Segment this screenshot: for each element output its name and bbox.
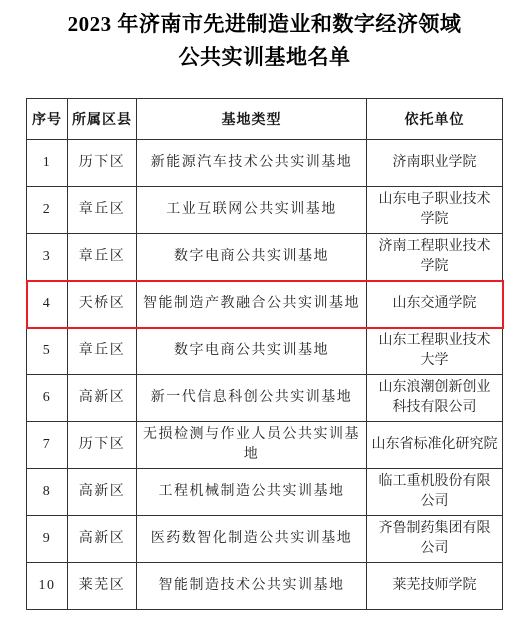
cell-no: 8 [27, 469, 68, 516]
cell-unit: 山东工程职业技术 大学 [367, 328, 503, 375]
cell-base: 新能源汽车技术公共实训基地 [137, 140, 367, 187]
cell-unit: 济南职业学院 [367, 140, 503, 187]
cell-base: 智能制造产教融合公共实训基地 [137, 281, 367, 328]
cell-no: 3 [27, 234, 68, 281]
cell-base: 数字电商公共实训基地 [137, 328, 367, 375]
table-row: 3章丘区数字电商公共实训基地济南工程职业技术 学院 [27, 234, 503, 281]
header-supporting-unit: 依托单位 [367, 99, 503, 140]
table-row: 6高新区新一代信息科创公共实训基地山东浪潮创新创业 科技有限公司 [27, 375, 503, 422]
table-row: 9高新区医药数智化制造公共实训基地齐鲁制药集团有限 公司 [27, 516, 503, 563]
document-page: 2023 年济南市先进制造业和数字经济领域 公共实训基地名单 序号 所属区县 基… [0, 0, 529, 624]
cell-no: 10 [27, 563, 68, 610]
cell-unit: 莱芜技师学院 [367, 563, 503, 610]
table-row: 2章丘区工业互联网公共实训基地山东电子职业技术 学院 [27, 187, 503, 234]
training-base-table: 序号 所属区县 基地类型 依托单位 1历下区新能源汽车技术公共实训基地济南职业学… [26, 98, 503, 610]
cell-district: 章丘区 [68, 328, 137, 375]
cell-base: 智能制造技术公共实训基地 [137, 563, 367, 610]
cell-district: 莱芜区 [68, 563, 137, 610]
cell-no: 9 [27, 516, 68, 563]
table-header-row: 序号 所属区县 基地类型 依托单位 [27, 99, 503, 140]
table-row: 1历下区新能源汽车技术公共实训基地济南职业学院 [27, 140, 503, 187]
cell-no: 5 [27, 328, 68, 375]
table-row: 8高新区工程机械制造公共实训基地临工重机股份有限 公司 [27, 469, 503, 516]
cell-district: 高新区 [68, 469, 137, 516]
cell-no: 4 [27, 281, 68, 328]
cell-unit: 山东交通学院 [367, 281, 503, 328]
cell-base: 无损检测与作业人员公共实训基地 [137, 422, 367, 469]
cell-no: 6 [27, 375, 68, 422]
cell-unit: 山东省标准化研究院 [367, 422, 503, 469]
table-body: 1历下区新能源汽车技术公共实训基地济南职业学院2章丘区工业互联网公共实训基地山东… [27, 140, 503, 610]
cell-base: 医药数智化制造公共实训基地 [137, 516, 367, 563]
cell-unit: 山东浪潮创新创业 科技有限公司 [367, 375, 503, 422]
cell-district: 高新区 [68, 375, 137, 422]
cell-no: 1 [27, 140, 68, 187]
cell-district: 历下区 [68, 140, 137, 187]
table-row: 7历下区无损检测与作业人员公共实训基地山东省标准化研究院 [27, 422, 503, 469]
cell-unit: 济南工程职业技术 学院 [367, 234, 503, 281]
cell-unit: 齐鲁制药集团有限 公司 [367, 516, 503, 563]
cell-district: 章丘区 [68, 187, 137, 234]
page-title: 2023 年济南市先进制造业和数字经济领域 公共实训基地名单 [0, 8, 529, 74]
header-base-type: 基地类型 [137, 99, 367, 140]
page-title-line2: 公共实训基地名单 [179, 45, 351, 69]
header-serial-number: 序号 [27, 99, 68, 140]
cell-unit: 临工重机股份有限 公司 [367, 469, 503, 516]
header-district: 所属区县 [68, 99, 137, 140]
cell-unit: 山东电子职业技术 学院 [367, 187, 503, 234]
cell-no: 7 [27, 422, 68, 469]
cell-base: 工程机械制造公共实训基地 [137, 469, 367, 516]
cell-district: 章丘区 [68, 234, 137, 281]
table-row-highlighted: 4天桥区智能制造产教融合公共实训基地山东交通学院 [27, 281, 503, 328]
cell-district: 高新区 [68, 516, 137, 563]
cell-base: 新一代信息科创公共实训基地 [137, 375, 367, 422]
table-row: 10莱芜区智能制造技术公共实训基地莱芜技师学院 [27, 563, 503, 610]
table-row: 5章丘区数字电商公共实训基地山东工程职业技术 大学 [27, 328, 503, 375]
cell-district: 天桥区 [68, 281, 137, 328]
cell-no: 2 [27, 187, 68, 234]
page-title-line1: 2023 年济南市先进制造业和数字经济领域 [68, 12, 462, 36]
cell-base: 工业互联网公共实训基地 [137, 187, 367, 234]
cell-base: 数字电商公共实训基地 [137, 234, 367, 281]
cell-district: 历下区 [68, 422, 137, 469]
